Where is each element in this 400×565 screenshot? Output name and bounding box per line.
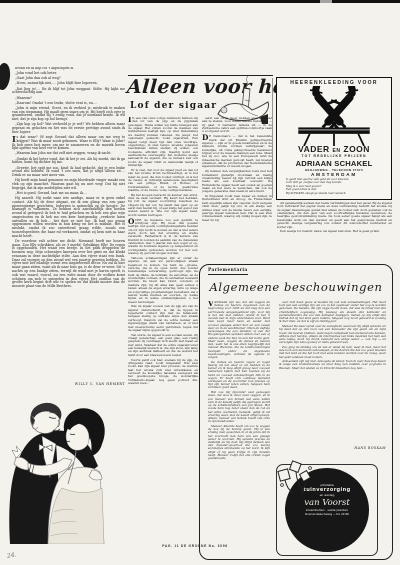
paragraph: VANDAAG zijn we, dat wil zeggen de dames… <box>208 301 270 359</box>
paragraph: Het zou mij bijzonder veel genoegen doen… <box>208 391 270 423</box>
ad-header-text: HEERENKLEEDING VOOR <box>277 80 391 86</box>
feature-column-3: dit gezamenlijk werken der beide verbind… <box>277 202 392 262</box>
ad-word-zoon: ZOON <box>343 144 370 154</box>
paragraph: Bij het koopen betracht de kenner den er… <box>128 194 198 218</box>
parlementaria-column-right: over zich heen gaan; al maakte hij ook v… <box>279 301 386 444</box>
paragraph: over zich heen gaan; al maakte hij ook v… <box>279 301 386 324</box>
paragraph: „Daarom! Omdat 't een leuke, vlotte vent… <box>12 102 125 106</box>
ad-company-name: ADRIAAN SCHAKEL <box>277 159 391 168</box>
dancing-couple-illustration <box>4 392 118 544</box>
van-voorst-advertisement: artistieke tuinverzorging en aanleg van … <box>276 464 378 556</box>
paragraph: eerst een cirtje moet trekken alvorens h… <box>202 117 272 134</box>
paragraph: In Engeland rookt men zwaar en donker, i… <box>202 195 272 222</box>
parlementaria-column-left: VANDAAG zijn we, dat wil zeggen de dames… <box>208 301 270 553</box>
ad-fine-print: U geeft niet gaarne véél geld uit voor k… <box>286 178 384 195</box>
parlementaria-label: Parlementaria <box>208 268 248 275</box>
paragraph: „Neen, natuurlijk niet,.... John blijft … <box>12 82 125 86</box>
paragraph: Tallooze schakeeringen zijn er onder de … <box>128 257 198 304</box>
paragraph: Voorts geldt ook hier, evenals bij de pi… <box>128 359 198 386</box>
ad-slogan: TOT REDELIJKE PRIJZEN <box>277 154 391 158</box>
paragraph: „John is mijn vriend, Greet, en ik verbi… <box>12 107 125 122</box>
flower-blocks-icon <box>273 460 319 506</box>
paragraph: „Omdat ik het beter vond, dat ik het je … <box>12 158 125 166</box>
paragraph: OVER de havanna zou een gedicht te schri… <box>128 219 198 256</box>
paragraph: Bij SCHAKEL slaagt ge steeds naar wensch… <box>286 192 384 195</box>
paragraph: Er is veel, dat voor de sigaar pleit en … <box>128 169 198 193</box>
paragraph: IN een van onze vorige nummers hebben wi… <box>128 117 198 167</box>
paragraph: „Dat lieg je!.... En ik blijf tot John w… <box>12 88 125 96</box>
paragraph: Zoo ging de middag om en wie er winst bi… <box>279 346 386 359</box>
ink-smudge <box>0 62 12 91</box>
paragraph: DE Demoman's — dat is het bekendste merk… <box>202 135 272 169</box>
paragraph: „Waarom kan John me dat zelf niet zeggen… <box>12 152 125 156</box>
paragraph: De dames en heeren zagen er nogal fleuri… <box>208 361 270 390</box>
paragraph: „Greetje, het spijt me zoo, kind; ik had… <box>12 167 125 178</box>
ad-word-vader: VADER <box>298 144 330 154</box>
dancing-couple-drawing <box>4 392 118 544</box>
feature-column-2: eerst een cirtje moet trekken alvorens h… <box>202 117 272 258</box>
paragraph: Wat de sigaar zoowel van de pijp als van… <box>128 305 198 332</box>
paragraph: Hij aarzelt. Hij zoekt naar iets aardigs… <box>12 197 125 238</box>
paragraph: dit gezamenlijk werken der beide verbind… <box>277 202 392 229</box>
ad-vader-en-zoon: VADER EN ZOON <box>277 144 391 154</box>
paragraph: Is dat waar? Of zegt Gerard dat alleen m… <box>12 136 125 151</box>
ad2-line-3: bloembollen · vaste planten <box>285 508 369 512</box>
feature-subhead: Lof der sigaar <box>130 101 217 111</box>
paragraph: „Waarom? <box>12 97 125 101</box>
schakel-advertisement: HEERENKLEEDING VOOR VADER EN ZOON TOT RE… <box>276 77 392 200</box>
parlementaria-byline: HANS ROSKAM <box>279 446 386 450</box>
parlementaria-heading: Algemeene beschouwingen <box>199 280 393 294</box>
feature-column-1: IN een van onze vorige nummers hebben wi… <box>128 117 198 538</box>
top-rule <box>0 0 400 3</box>
paragraph: Ten slotte: de sigaar is een sociaal wez… <box>128 334 198 358</box>
paragraph: Meneer De Geer sprak over de zuinigheid,… <box>279 325 386 344</box>
newspaper-page: avond en ik blijf tot 't afgeloopen is.„… <box>0 0 400 565</box>
father-son-silhouette-illustration <box>284 86 384 146</box>
paragraph: De voordeur valt achter me dicht. Nieman… <box>12 240 125 289</box>
story-byline: WILLY C. VAN HEMERT <box>12 382 125 386</box>
ad2-line-4: bloemendaalscheweg — tel. 22160 <box>285 513 369 516</box>
ad-city: AMSTERDAM <box>277 172 391 177</box>
paragraph: Hij heeft mijn hand genomen en mijn bloe… <box>12 179 125 190</box>
paragraph: Een weetje tot besluit: kauw uw sigaar n… <box>277 230 392 233</box>
paragraph: Meneer Albarda heeft om zoo te zeggen de… <box>208 425 270 461</box>
paragraph: Zij kunnen den vergelijkenden toets met … <box>202 170 272 194</box>
column-divider-rule <box>272 78 273 198</box>
page-footer: PAG. 11 DE GROENE No. 3096 <box>120 544 270 548</box>
story-column: avond en ik blijf tot 't afgeloopen is.„… <box>12 67 125 381</box>
paragraph: „Zijn kop op hol? Wat verbeeld je je wel… <box>12 123 125 134</box>
margin-mark: 24. <box>6 551 17 560</box>
paragraph: Anti-semiet zijn wij niet, betoogde de G… <box>279 360 386 370</box>
